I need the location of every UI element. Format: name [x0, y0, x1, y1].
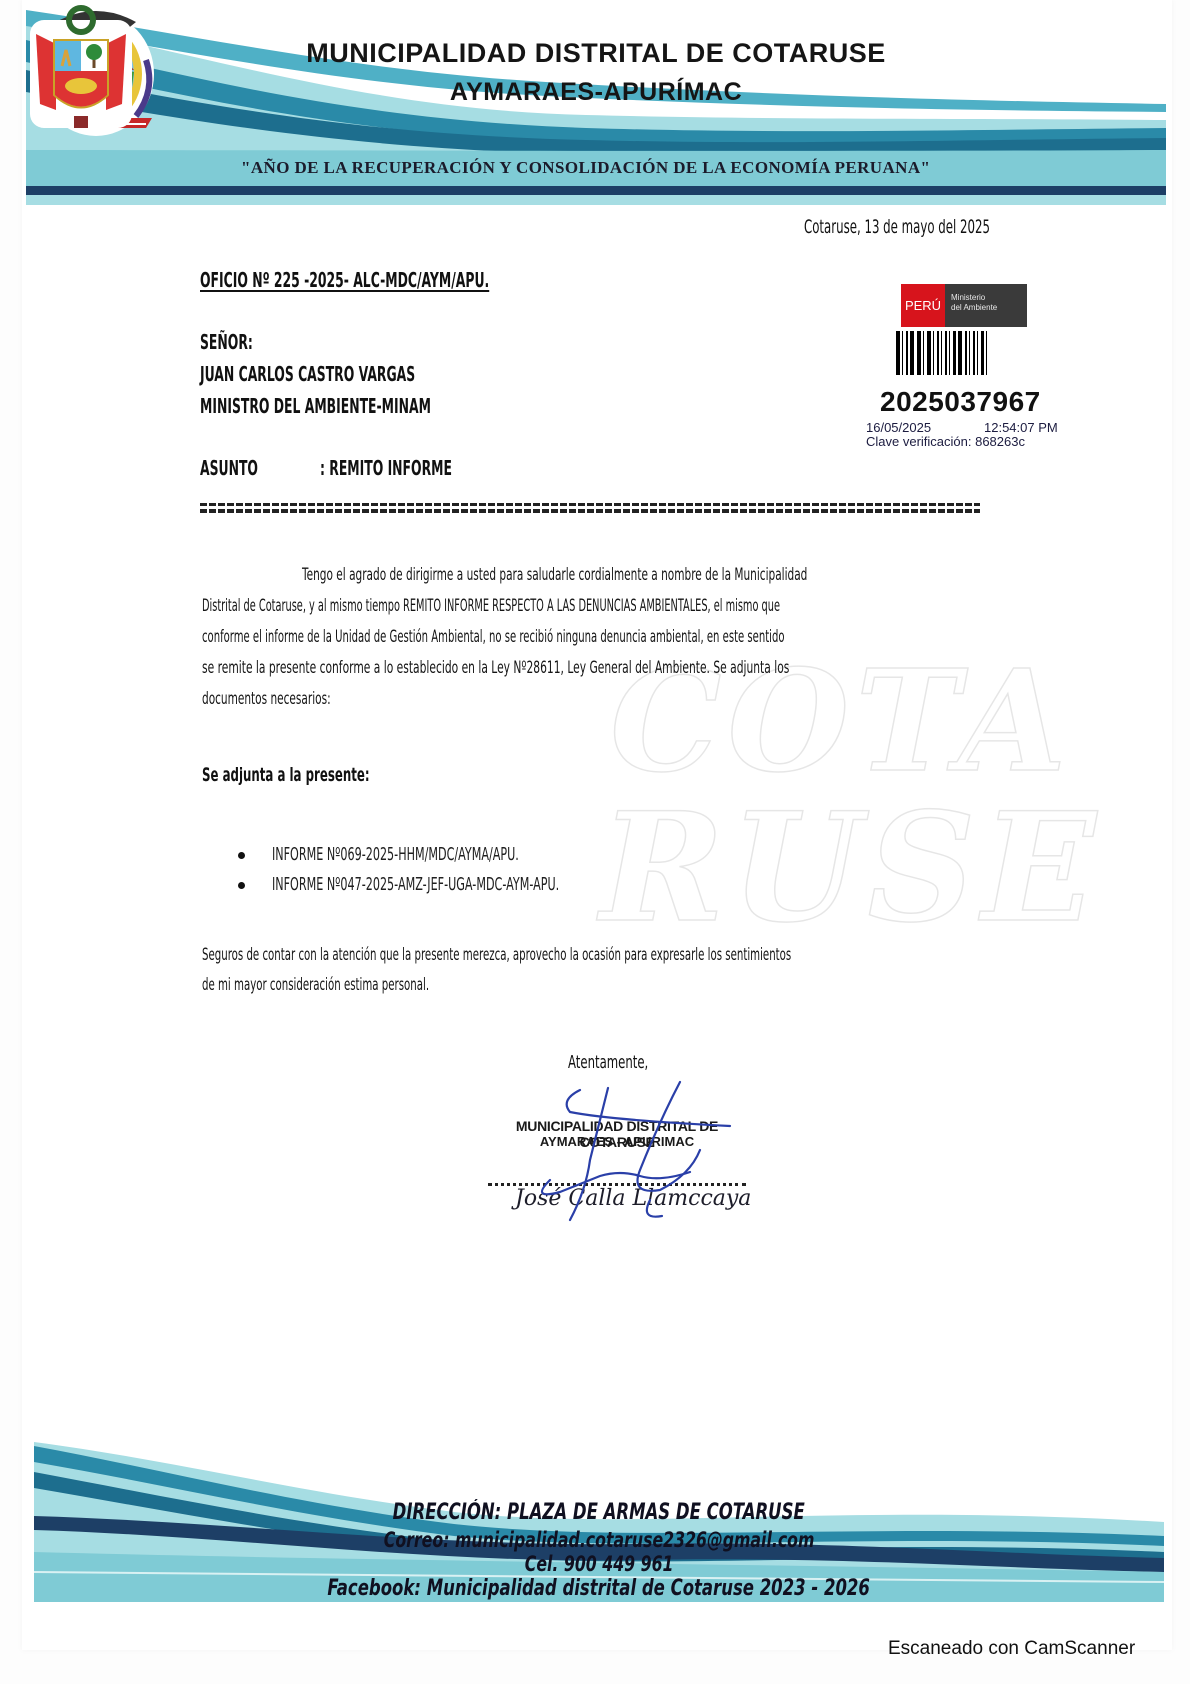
reception-datetime: 16/05/2025 12:54:07 PM: [866, 420, 931, 435]
body-line: documentos necesarios:: [202, 684, 1026, 715]
subject-label: ASUNTO: [200, 456, 258, 480]
letterhead: MUNICIPALIDAD DISTRITAL DE COTARUSE AYMA…: [26, 0, 1166, 205]
footer-phone: Cel. 900 449 961: [34, 1552, 1164, 1576]
recipient-name: JUAN CARLOS CASTRO VARGAS: [200, 362, 415, 386]
document-page: MUNICIPALIDAD DISTRITAL DE COTARUSE AYMA…: [0, 0, 1190, 1684]
peru-coat-of-arms-icon: [26, 0, 136, 135]
recipient-title: MINISTRO DEL AMBIENTE-MINAM: [200, 394, 431, 418]
subject-value: : REMITO INFORME: [320, 456, 452, 480]
peru-brand-label: PERÚ: [901, 284, 945, 327]
bullet-icon: [238, 882, 245, 889]
ministry-name: Ministerio del Ambiente: [945, 284, 1027, 327]
institution-location: AYMARAES-APURÍMAC: [26, 78, 1166, 107]
sign-off: Atentamente,: [568, 1052, 648, 1073]
watermark-line2: RUSE: [600, 780, 1102, 956]
salutation: SEÑOR:: [200, 330, 253, 354]
closing-line: Seguros de contar con la atención que la…: [202, 940, 1026, 970]
footer-facebook: Facebook: Municipalidad distrital de Cot…: [34, 1576, 1164, 1601]
reception-time: 12:54:07 PM: [984, 420, 1058, 435]
attachments-heading: Se adjunta a la presente:: [202, 764, 370, 786]
place-date: Cotaruse, 13 de mayo del 2025: [804, 216, 990, 238]
closing-paragraph: Seguros de contar con la atención que la…: [202, 940, 1026, 1000]
registry-number: 2025037967: [880, 386, 1041, 418]
body-paragraph: Tengo el agrado de dirigirme a usted par…: [202, 560, 1026, 715]
ministry-name-line1: Ministerio: [951, 293, 1027, 303]
separator-line: [200, 503, 980, 513]
body-line: Distrital de Cotaruse, y al mismo tiempo…: [202, 591, 1026, 622]
ministry-name-line2: del Ambiente: [951, 303, 1027, 313]
reception-date: 16/05/2025: [866, 420, 931, 435]
body-line: Tengo el agrado de dirigirme a usted par…: [202, 560, 1026, 591]
institution-title: MUNICIPALIDAD DISTRITAL DE COTARUSE: [26, 38, 1166, 69]
footer-address: DIRECCIÓN: PLAZA DE ARMAS DE COTARUSE: [34, 1500, 1164, 1525]
letterhead-footer: DIRECCIÓN: PLAZA DE ARMAS DE COTARUSE Co…: [34, 1432, 1164, 1632]
document-reference: OFICIO Nº 225 -2025- ALC-MDC/AYM/APU.: [200, 268, 489, 292]
body-line: conforme el informe de la Unidad de Gest…: [202, 622, 1026, 653]
handwritten-signature-icon: [490, 1080, 770, 1230]
year-motto: "AÑO DE LA RECUPERACIÓN Y CONSOLIDACIÓN …: [241, 158, 930, 178]
barcode-icon: [894, 331, 1044, 375]
bullet-icon: [238, 852, 245, 859]
body-line: se remite la presente conforme a lo esta…: [202, 653, 1026, 684]
footer-email: Correo: municipalidad.cotaruse2326@gmail…: [34, 1528, 1164, 1552]
ministry-logo: PERÚ Ministerio del Ambiente: [901, 284, 1027, 327]
scanner-watermark: Escaneado con CamScanner: [888, 1638, 1135, 1660]
verification-key: Clave verificación: 868263c: [866, 434, 1025, 449]
closing-line: de mi mayor consideración estima persona…: [202, 970, 1026, 1000]
